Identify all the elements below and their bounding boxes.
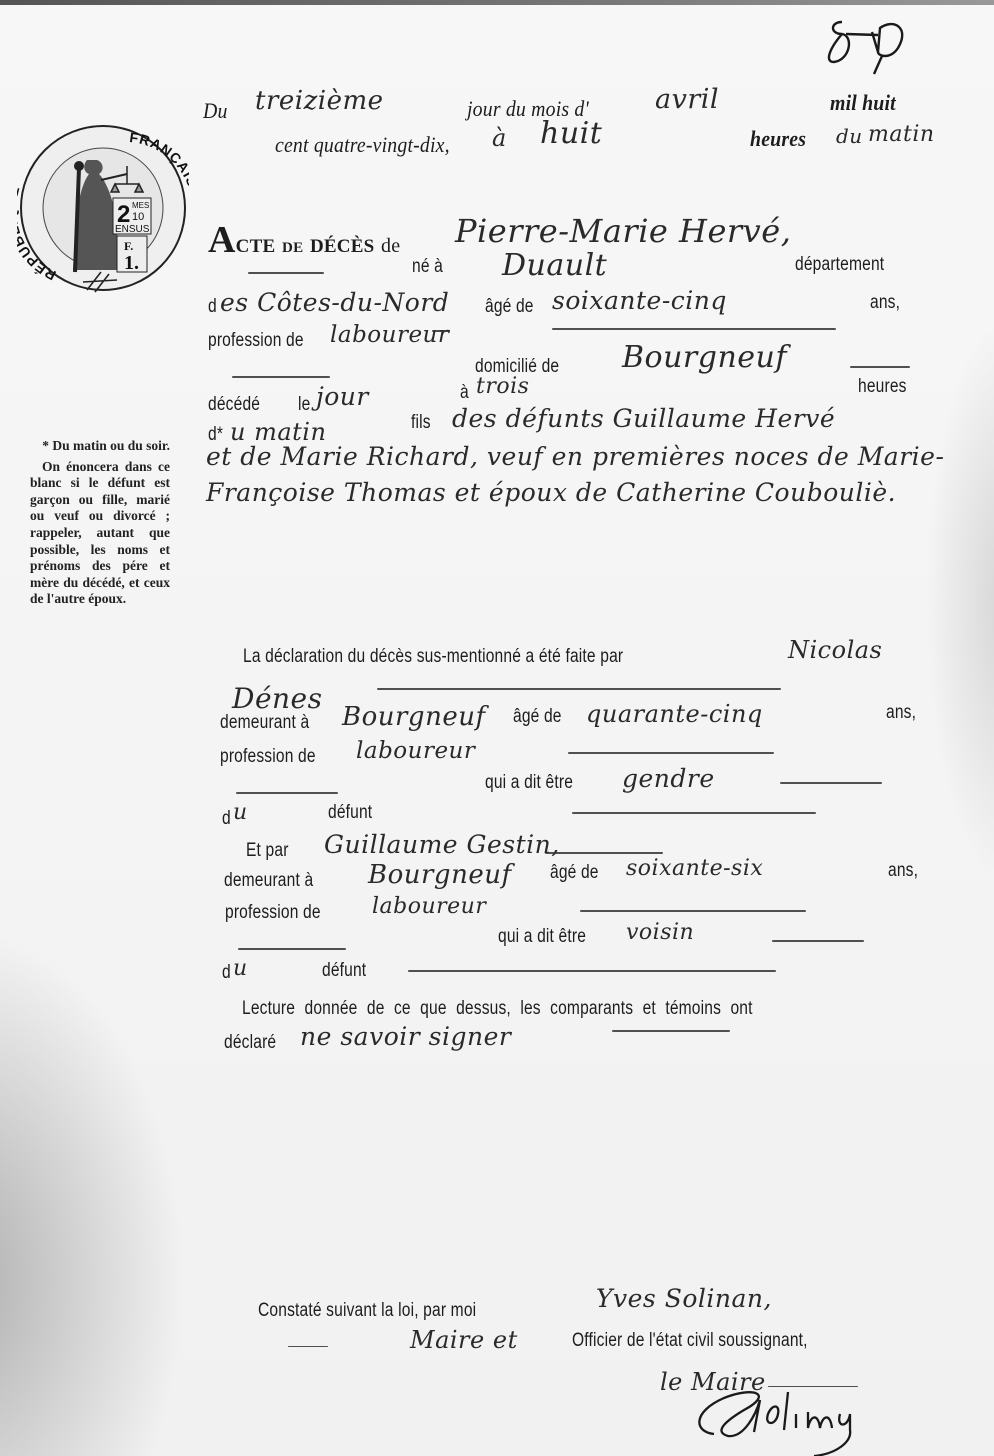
label-ans: ans, — [888, 860, 918, 882]
label-defunt: défunt — [328, 802, 372, 824]
field-declarant2-age: soixante-six — [626, 856, 763, 881]
label-qui-a-dit: qui a dit être — [485, 772, 573, 794]
label-a: à — [460, 382, 469, 404]
field-du-suffix: u — [233, 956, 248, 981]
label-decede: décédé — [208, 394, 260, 416]
field-declarant1-relation: gendre — [622, 764, 715, 793]
label-demeurant: demeurant à — [224, 870, 313, 892]
field-month: avril — [655, 84, 719, 115]
svg-text:F.: F. — [124, 239, 133, 253]
field-declarant1-residence: Bourgneuf — [342, 702, 486, 732]
document-page: 8 R RÉPUBLIQUE FRANÇAISE 2 MES 10 ENSUS … — [0, 0, 994, 1456]
label-declare: déclaré — [224, 1032, 276, 1054]
field-declarant1-age: quarante-cinq — [586, 700, 763, 728]
field-profession: laboureur — [330, 322, 449, 348]
label-ans: ans, — [870, 292, 900, 314]
label-qui-a-dit: qui a dit être — [498, 926, 586, 948]
label-departement: département — [795, 254, 884, 276]
fiscal-stamp-icon: RÉPUBLIQUE FRANÇAISE 2 MES 10 ENSUS F. 1… — [17, 122, 189, 294]
field-age: soixante-cinq — [552, 286, 727, 315]
svg-text:ENSUS: ENSUS — [115, 224, 150, 235]
label-lecture: Lecture donnée de ce que dessus, les com… — [242, 998, 753, 1020]
field-period: matin — [868, 122, 935, 147]
label-officier: Officier de l'état civil soussignant, — [572, 1330, 808, 1352]
label-mil-huit: mil huit — [830, 90, 896, 116]
label-et-par: Et par — [246, 840, 289, 862]
label-du: Du — [203, 98, 228, 124]
field-filiation-2: et de Marie Richard, veuf en premières n… — [206, 442, 944, 471]
label-heures: heures — [858, 376, 907, 398]
field-death-hour: trois — [476, 374, 529, 399]
margin-note-time: * Du matin ou du soir. — [30, 438, 170, 455]
label-age: âgé de — [485, 296, 534, 318]
stamp-value: 1. — [124, 252, 139, 274]
field-du-suffix: u — [233, 800, 248, 825]
svg-text:10: 10 — [132, 211, 144, 223]
label-du: d — [222, 962, 231, 984]
scan-edge — [0, 0, 994, 5]
label-heures: heures — [750, 126, 806, 152]
margin-note-instructions: On énoncera dans ce blanc si le défunt e… — [30, 459, 170, 608]
label-le: le — [298, 394, 310, 416]
label-cent-quatre-vingt-dix: cent quatre-vingt-dix, — [275, 132, 450, 158]
field-officer-role: Maire et — [410, 1326, 518, 1354]
field-declarant2-relation: voisin — [626, 920, 694, 945]
field-domicile: Bourgneuf — [622, 340, 787, 375]
field-declarant1-profession: laboureur — [356, 738, 475, 764]
field-declarant1-last: Dénes — [232, 682, 323, 715]
label-age: âgé de — [513, 706, 562, 728]
field-deceased-name: Pierre-Marie Hervé, — [455, 212, 791, 250]
label-profession: profession de — [225, 902, 321, 924]
field-a: à — [492, 124, 507, 152]
field-declarant1-first: Nicolas — [788, 636, 882, 664]
field-death-day: jour — [316, 382, 369, 411]
label-demeurant: demeurant à — [220, 712, 309, 734]
field-period-prefix: du — [836, 124, 863, 148]
label-du: d — [222, 808, 231, 830]
document-title: ACTE DE DÉCÈS de — [208, 218, 400, 262]
label-declaration-intro: La déclaration du décès sus-mentionné a … — [243, 646, 623, 668]
field-declarant2-profession: laboureur — [372, 894, 486, 919]
field-department: es Côtes-du-Nord — [220, 288, 449, 317]
label-fils: fils — [411, 412, 431, 434]
field-filiation-1: des défunts Guillaume Hervé — [452, 404, 835, 433]
margin-instructions: * Du matin ou du soir. On énoncera dans … — [30, 438, 170, 612]
field-signing-status: ne savoir signer — [300, 1022, 511, 1051]
label-ans: ans, — [886, 702, 916, 724]
label-profession: profession de — [220, 746, 316, 768]
label-constate: Constaté suivant la loi, par moi — [258, 1300, 476, 1322]
reference-mark-icon — [820, 8, 910, 78]
label-profession: profession de — [208, 330, 304, 352]
field-officer-name: Yves Solinan, — [596, 1284, 772, 1313]
field-birthplace: Duault — [502, 248, 607, 283]
field-hour: huit — [540, 116, 602, 151]
label-defunt: défunt — [322, 960, 366, 982]
field-filiation-3: Françoise Thomas et époux de Catherine C… — [206, 478, 896, 507]
field-declarant2-name: Guillaume Gestin, — [324, 830, 560, 859]
label-ne-a: né à — [412, 256, 443, 278]
field-day: treizième — [255, 86, 384, 116]
label-age: âgé de — [550, 862, 599, 884]
mayor-signature-icon — [684, 1374, 874, 1456]
label-de: d — [208, 296, 217, 318]
svg-text:MES: MES — [132, 201, 149, 210]
field-declarant2-residence: Bourgneuf — [368, 860, 512, 890]
